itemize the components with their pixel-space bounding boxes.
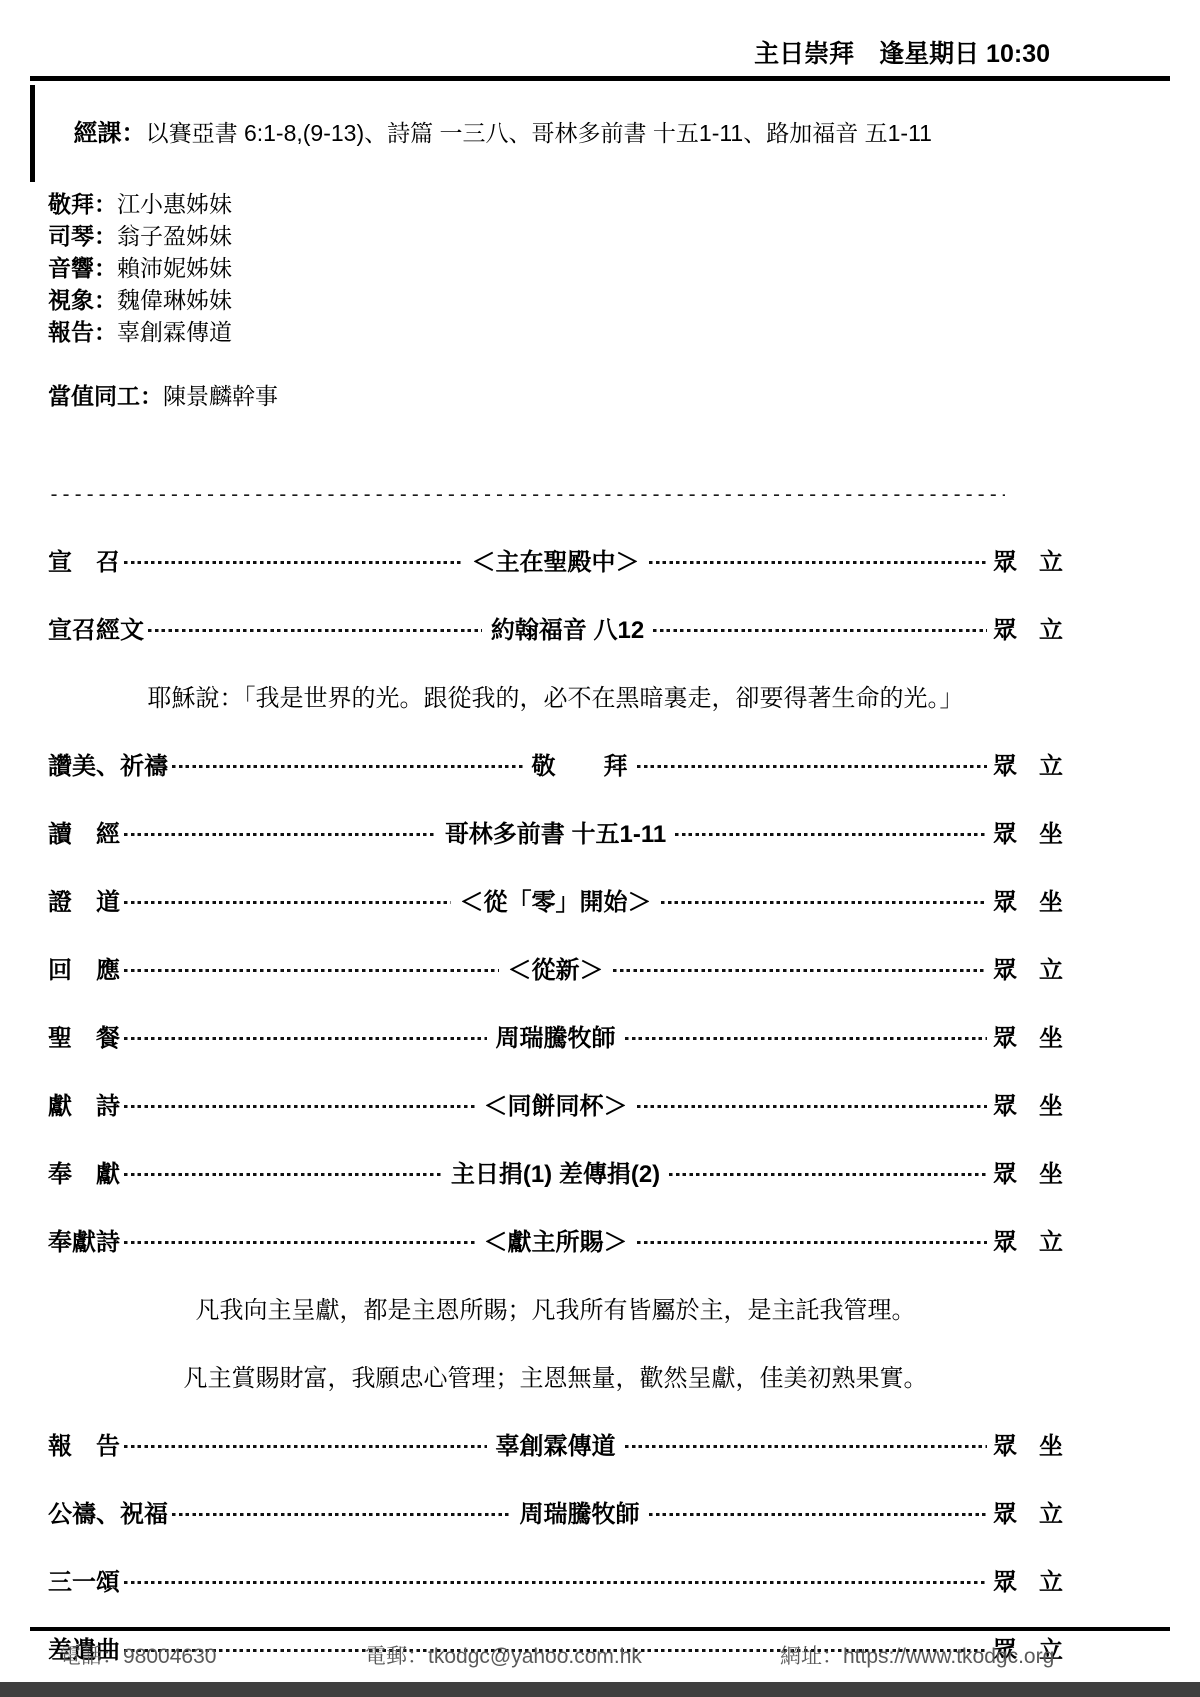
- footer-bar: [0, 1682, 1200, 1697]
- posture-label: 立: [1039, 1562, 1063, 1597]
- role-cell-left: 音響：賴沛妮姊妹: [48, 250, 648, 283]
- dotted-leader: [649, 1513, 988, 1516]
- dotted-leader: [649, 561, 988, 564]
- role-cell-right: [648, 189, 1140, 216]
- role-cell-right: [648, 381, 1140, 408]
- role-row: 司琴：翁子盈姊妹: [0, 218, 1200, 250]
- liturgy-note-row: 凡我向主呈獻，都是主恩所賜；凡我所有皆屬於主，是主託我管理。: [0, 1290, 1200, 1324]
- liturgy-row: 宣召經文 約翰福音 八12 眾 立: [0, 610, 1200, 644]
- posture-label: 坐: [1039, 1154, 1063, 1189]
- role-label: 報告：: [48, 319, 117, 345]
- audience-label: 眾: [993, 746, 1017, 781]
- dotted-leader: [653, 629, 987, 632]
- dotted-leader: [124, 561, 463, 564]
- audience-label: 眾: [993, 610, 1017, 645]
- posture-block: 眾 立: [993, 1494, 1063, 1529]
- role-row: 視象：魏偉琳姊妹: [0, 282, 1200, 314]
- posture-label: 立: [1039, 610, 1063, 645]
- liturgy-item-label: 宣 召: [48, 542, 120, 577]
- dotted-leader: [613, 969, 988, 972]
- liturgy-item-content: ＜同餅同杯＞: [479, 1086, 633, 1121]
- role-cell-left: 報告：辜創霖傳道: [48, 314, 648, 347]
- liturgy-item-label: 讀 經: [48, 814, 120, 849]
- dotted-leader: [124, 1445, 487, 1448]
- footer-phone: 電話：98004630: [30, 1640, 365, 1670]
- dotted-leader: [124, 1105, 475, 1108]
- role-value: 魏偉琳姊妹: [117, 287, 232, 313]
- posture-label: 立: [1039, 746, 1063, 781]
- liturgy-item-content: ＜主在聖殿中＞: [467, 542, 645, 577]
- audience-label: 眾: [993, 1018, 1017, 1053]
- liturgy-item-content: ＜從「零」開始＞: [455, 882, 657, 917]
- dotted-leader: [172, 765, 523, 768]
- posture-label: 立: [1039, 542, 1063, 577]
- posture-block: 眾 坐: [993, 1018, 1063, 1053]
- scripture-label: 經課：: [74, 120, 146, 147]
- posture-block: 眾 坐: [993, 1154, 1063, 1189]
- posture-block: 眾 立: [993, 1562, 1063, 1597]
- dotted-leader: [637, 765, 988, 768]
- audience-label: 眾: [993, 1426, 1017, 1461]
- footer-website: 網址：https://www.tkodgc.org: [780, 1640, 1170, 1670]
- role-value: 辜創霖傳道: [117, 319, 232, 345]
- liturgy-row: 讚美、祈禱 敬 拜 眾 立: [0, 746, 1200, 780]
- role-value: 江小惠姊妹: [117, 191, 232, 217]
- liturgy-row: 讀 經 哥林多前書 十五1-11 眾 坐: [0, 814, 1200, 848]
- role-row: [0, 410, 1200, 442]
- liturgy-item-label: 回 應: [48, 950, 120, 985]
- role-row: 報告：辜創霖傳道: [0, 314, 1200, 346]
- liturgy-item-content: ＜從新＞: [503, 950, 609, 985]
- footer: 電話：98004630 電郵：tkodgc@yahoo.com.hk 網址：ht…: [0, 1627, 1200, 1697]
- role-label: 音響：: [48, 255, 117, 281]
- dotted-leader: [675, 833, 987, 836]
- dashed-separator: ----------------------------------------…: [48, 482, 1005, 506]
- bulletin-page: 主日崇拜 逢星期日 10:30 經課：以賽亞書 6:1-8,(9-13)、詩篇 …: [0, 0, 1200, 1697]
- top-rule: [30, 76, 1170, 81]
- quote-text: 凡我向主呈獻，都是主恩所賜；凡我所有皆屬於主，是主託我管理。: [196, 1290, 916, 1325]
- posture-block: 眾 立: [993, 610, 1063, 645]
- liturgy-item-label: 三一頌: [48, 1562, 120, 1597]
- scripture-value: 以賽亞書 6:1-8,(9-13)、詩篇 一三八、哥林多前書 十五1-11、路加…: [146, 120, 932, 146]
- dotted-leader: [148, 629, 482, 632]
- liturgy-item-content: 約翰福音 八12: [486, 610, 649, 645]
- audience-label: 眾: [993, 814, 1017, 849]
- role-row: 當值同工：陳景麟幹事: [0, 378, 1200, 410]
- liturgy-item-label: 宣召經文: [48, 610, 144, 645]
- posture-label: 立: [1039, 1222, 1063, 1257]
- role-label: 敬拜：: [48, 191, 117, 217]
- role-label: 司琴：: [48, 223, 117, 249]
- quote-text: 耶穌說：「我是世界的光。跟從我的，必不在黑暗裏走，卻要得著生命的光。」: [148, 678, 964, 713]
- posture-block: 眾 坐: [993, 1426, 1063, 1461]
- liturgy-item-content: 周瑞騰牧師: [491, 1018, 621, 1053]
- liturgy-item-content: ＜獻主所賜＞: [479, 1222, 633, 1257]
- quote-text: 凡主賞賜財富，我願忠心管理；主恩無量，歡然呈獻，佳美初熟果實。: [184, 1358, 928, 1393]
- liturgy-row: 聖 餐 周瑞騰牧師 眾 坐: [0, 1018, 1200, 1052]
- audience-label: 眾: [993, 1562, 1017, 1597]
- dotted-leader: [124, 969, 499, 972]
- role-row: [0, 346, 1200, 378]
- role-cell-right: [648, 253, 1140, 280]
- posture-label: 坐: [1039, 814, 1063, 849]
- dotted-leader: [661, 901, 988, 904]
- liturgy-row: 三一頌 眾 立: [0, 1562, 1200, 1596]
- footer-row: 電話：98004630 電郵：tkodgc@yahoo.com.hk 網址：ht…: [0, 1631, 1200, 1682]
- liturgy-list: 宣 召 ＜主在聖殿中＞ 眾 立 宣召經文 約翰福音 八12 眾 立 耶穌說：「我…: [0, 542, 1200, 1664]
- liturgy-item-label: 奉獻詩: [48, 1222, 120, 1257]
- liturgy-item-label: 奉 獻: [48, 1154, 120, 1189]
- posture-block: 眾 坐: [993, 1086, 1063, 1121]
- audience-label: 眾: [993, 1086, 1017, 1121]
- role-value: 翁子盈姊妹: [117, 223, 232, 249]
- dotted-leader: [637, 1105, 988, 1108]
- role-cell-right: [648, 413, 1140, 440]
- dotted-leader: [172, 1513, 511, 1516]
- liturgy-row: 奉 獻 主日捐(1) 差傳捐(2) 眾 坐: [0, 1154, 1200, 1188]
- liturgy-item-content: 哥林多前書 十五1-11: [440, 814, 671, 849]
- liturgy-row: 報 告 辜創霖傳道 眾 坐: [0, 1426, 1200, 1460]
- role-cell-right: [648, 285, 1140, 312]
- posture-label: 坐: [1039, 882, 1063, 917]
- roles-grid: 敬拜：江小惠姊妹 司琴：翁子盈姊妹 音響：賴沛妮姊妹 視象：魏偉琳姊妹 報告：辜…: [0, 186, 1200, 442]
- role-cell-left: 敬拜：江小惠姊妹: [48, 186, 648, 219]
- liturgy-item-content: 辜創霖傳道: [491, 1426, 621, 1461]
- scripture-line: 經課：以賽亞書 6:1-8,(9-13)、詩篇 一三八、哥林多前書 十五1-11…: [30, 85, 1170, 182]
- role-cell-left: 當值同工：陳景麟幹事: [48, 378, 648, 411]
- liturgy-row: 公禱、祝福 周瑞騰牧師 眾 立: [0, 1494, 1200, 1528]
- liturgy-row: 奉獻詩 ＜獻主所賜＞ 眾 立: [0, 1222, 1200, 1256]
- role-label: 視象：: [48, 287, 117, 313]
- posture-block: 眾 坐: [993, 814, 1063, 849]
- posture-label: 坐: [1039, 1426, 1063, 1461]
- role-cell-right: [648, 317, 1140, 344]
- audience-label: 眾: [993, 950, 1017, 985]
- audience-label: 眾: [993, 882, 1017, 917]
- page-title: 主日崇拜 逢星期日 10:30: [0, 0, 1200, 76]
- role-cell-left: 視象：魏偉琳姊妹: [48, 282, 648, 315]
- liturgy-item-content: 周瑞騰牧師: [515, 1494, 645, 1529]
- posture-block: 眾 立: [993, 1222, 1063, 1257]
- dotted-leader: [637, 1241, 988, 1244]
- role-cell-right: [648, 349, 1140, 376]
- posture-block: 眾 立: [993, 746, 1063, 781]
- liturgy-item-label: 公禱、祝福: [48, 1494, 168, 1529]
- role-cell-right: [648, 221, 1140, 248]
- role-value: 賴沛妮姊妹: [117, 255, 232, 281]
- footer-email: 電郵：tkodgc@yahoo.com.hk: [365, 1640, 780, 1670]
- liturgy-row: 宣 召 ＜主在聖殿中＞ 眾 立: [0, 542, 1200, 576]
- posture-label: 立: [1039, 1494, 1063, 1529]
- liturgy-item-content: 敬 拜: [527, 746, 633, 781]
- posture-label: 立: [1039, 950, 1063, 985]
- posture-block: 眾 坐: [993, 882, 1063, 917]
- liturgy-row: 回 應 ＜從新＞ 眾 立: [0, 950, 1200, 984]
- posture-label: 坐: [1039, 1018, 1063, 1053]
- dotted-leader: [669, 1173, 987, 1176]
- liturgy-item-label: 證 道: [48, 882, 120, 917]
- dotted-leader: [124, 1037, 487, 1040]
- dotted-leader: [625, 1037, 988, 1040]
- posture-label: 坐: [1039, 1086, 1063, 1121]
- liturgy-row: 證 道 ＜從「零」開始＞ 眾 坐: [0, 882, 1200, 916]
- audience-label: 眾: [993, 542, 1017, 577]
- dotted-leader: [124, 1581, 987, 1584]
- liturgy-item-label: 讚美、祈禱: [48, 746, 168, 781]
- role-row: 音響：賴沛妮姊妹: [0, 250, 1200, 282]
- audience-label: 眾: [993, 1154, 1017, 1189]
- liturgy-note-row: 耶穌說：「我是世界的光。跟從我的，必不在黑暗裏走，卻要得著生命的光。」: [0, 678, 1200, 712]
- liturgy-item-label: 聖 餐: [48, 1018, 120, 1053]
- posture-block: 眾 立: [993, 950, 1063, 985]
- role-row: 敬拜：江小惠姊妹: [0, 186, 1200, 218]
- role-value: 陳景麟幹事: [163, 383, 278, 409]
- audience-label: 眾: [993, 1494, 1017, 1529]
- audience-label: 眾: [993, 1222, 1017, 1257]
- liturgy-row: 獻 詩 ＜同餅同杯＞ 眾 坐: [0, 1086, 1200, 1120]
- liturgy-item-content: 主日捐(1) 差傳捐(2): [446, 1154, 665, 1189]
- liturgy-item-label: 獻 詩: [48, 1086, 120, 1121]
- dotted-leader: [124, 901, 451, 904]
- dotted-leader: [124, 1173, 442, 1176]
- dotted-leader: [625, 1445, 988, 1448]
- liturgy-note-row: 凡主賞賜財富，我願忠心管理；主恩無量，歡然呈獻，佳美初熟果實。: [0, 1358, 1200, 1392]
- dotted-leader: [124, 1241, 475, 1244]
- role-label: 當值同工：: [48, 383, 163, 409]
- dotted-leader: [124, 833, 436, 836]
- posture-block: 眾 立: [993, 542, 1063, 577]
- role-cell-left: 司琴：翁子盈姊妹: [48, 218, 648, 251]
- liturgy-item-label: 報 告: [48, 1426, 120, 1461]
